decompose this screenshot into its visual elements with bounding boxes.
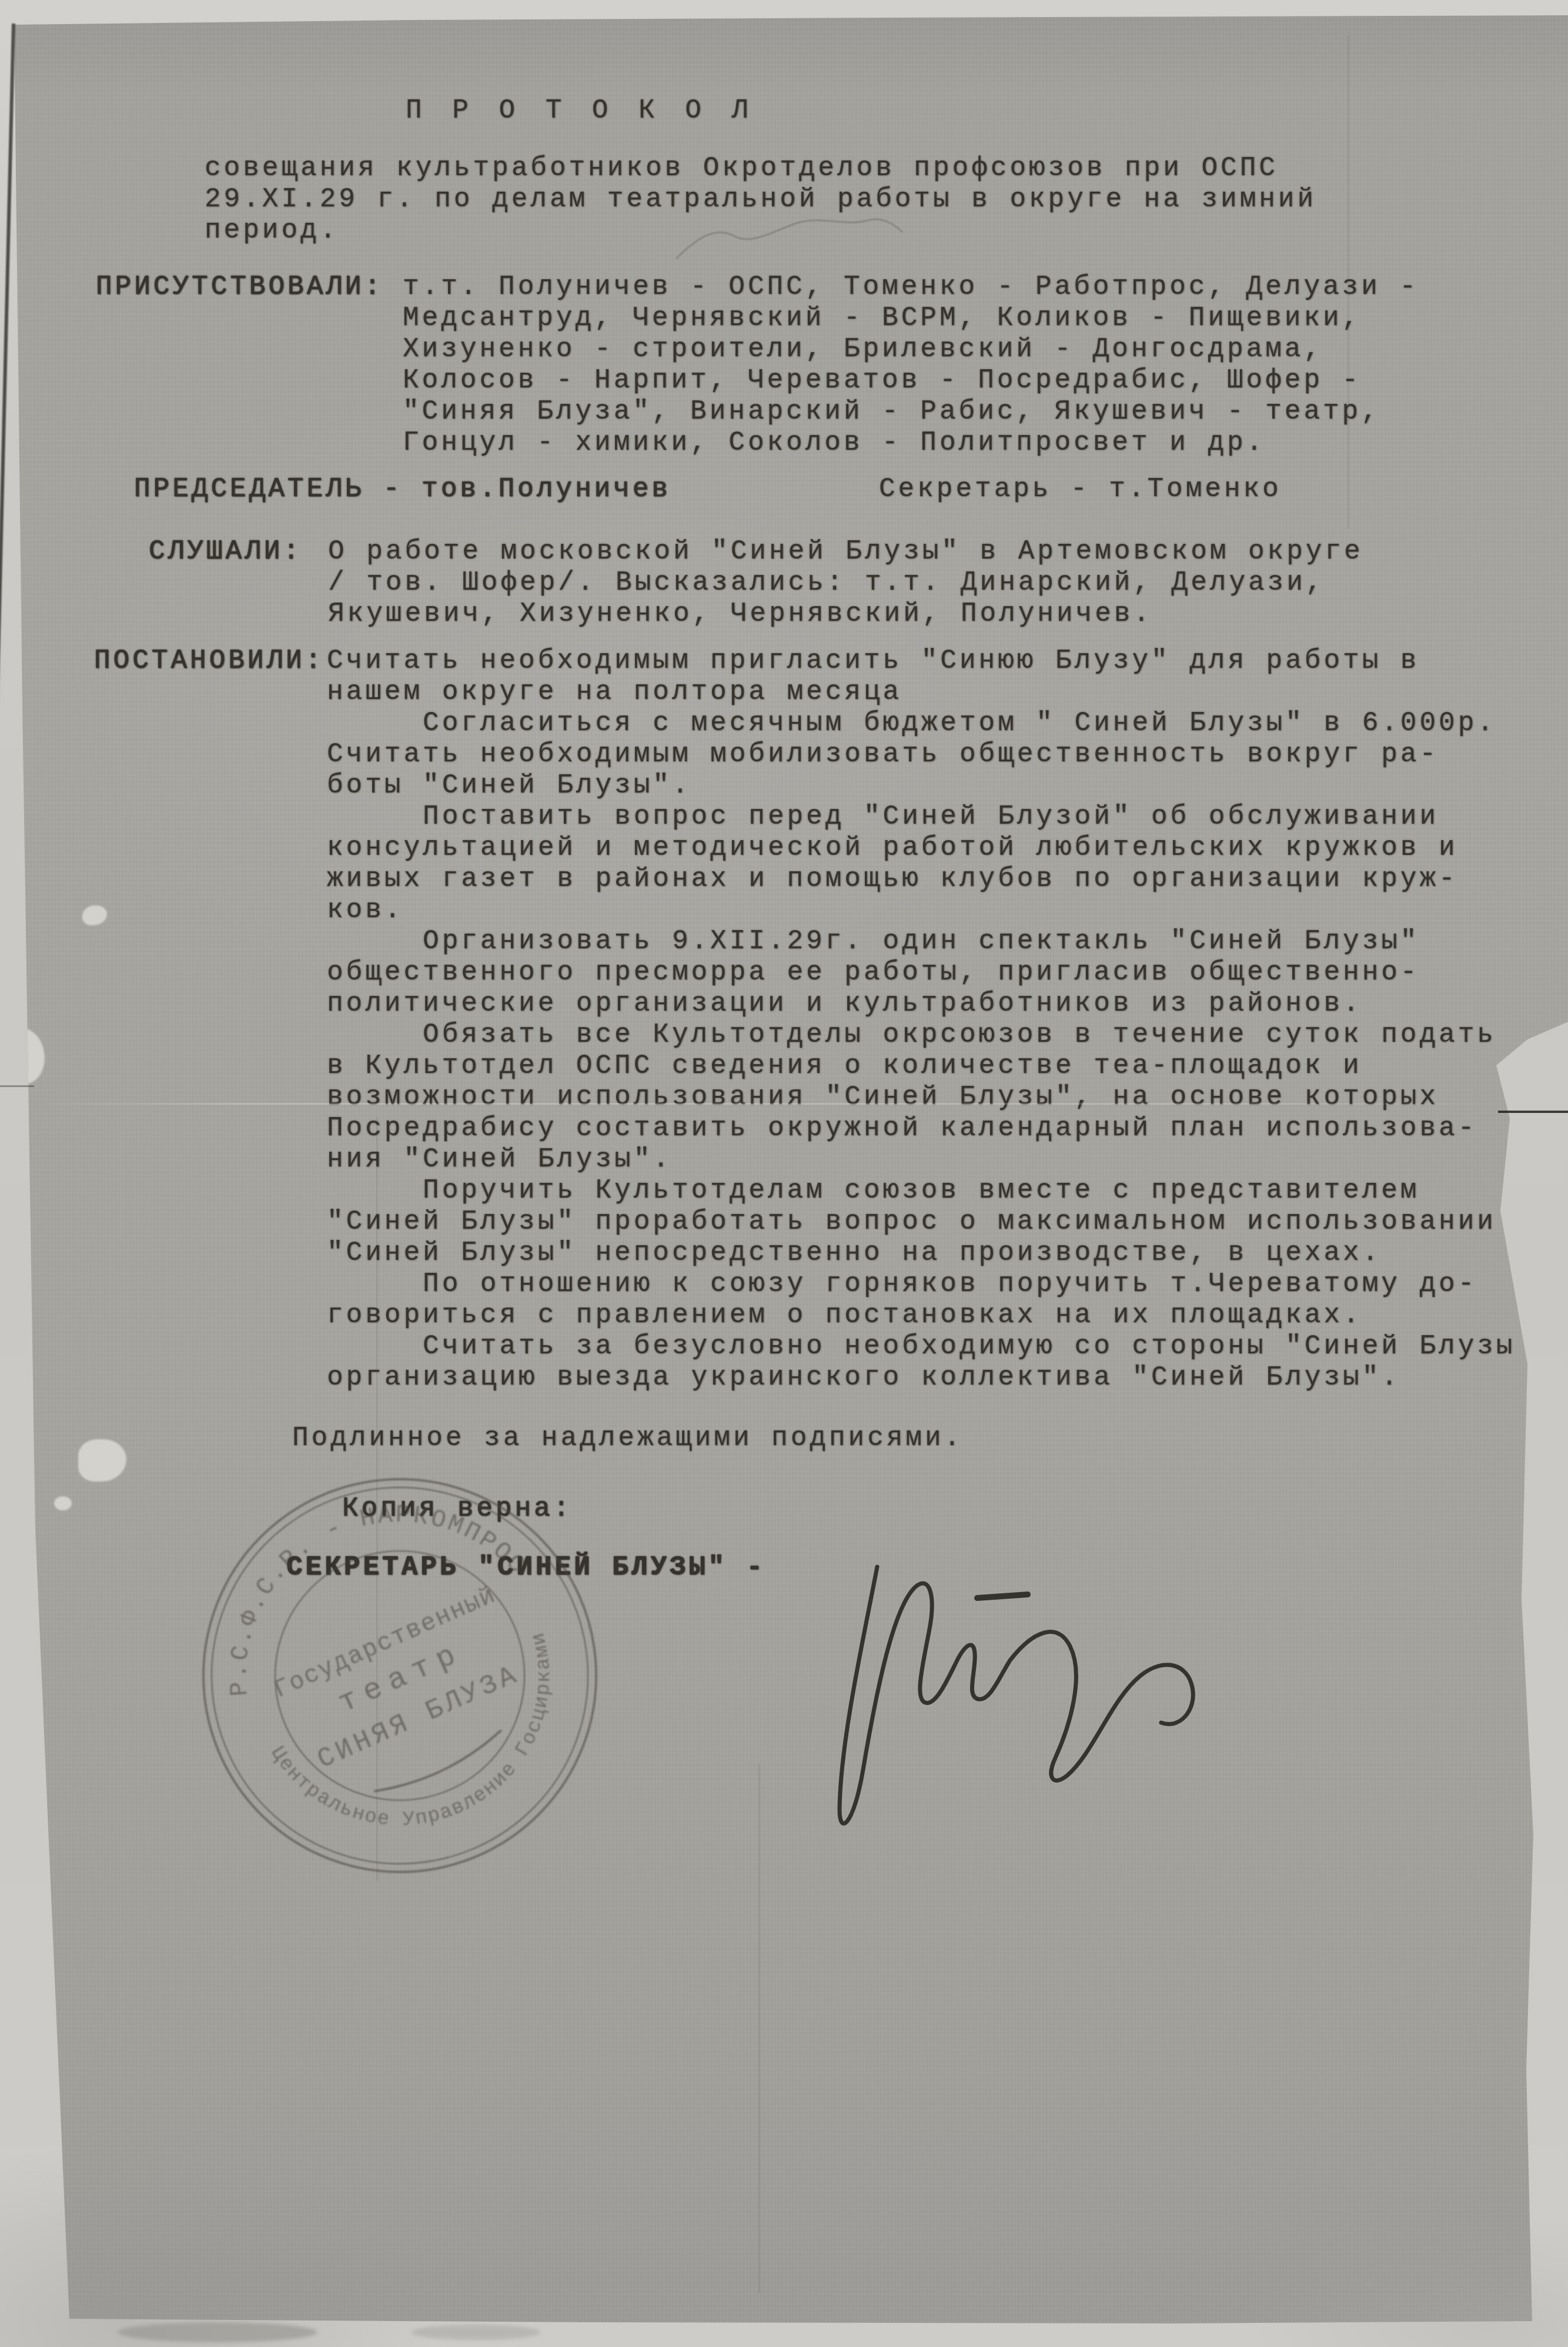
attendees-body: т.т. Полуничев - ОСПС, Томенко - Работпр… [403,272,1419,459]
sheet-left-edge-shadow [0,24,15,2321]
document-sheet: П Р О Т О К О Л совещания культработнико… [0,0,1568,2347]
paper-hole-spot [78,1439,126,1482]
heard-body: О работе московской "Синей Блузы" в Арте… [328,536,1363,630]
scanned-page: П Р О Т О К О Л совещания культработнико… [0,0,1568,2347]
document-title: П Р О Т О К О Л [406,95,755,126]
bottom-edge-smudge [412,2325,541,2340]
bottom-edge-smudge [118,2322,317,2342]
paper-edge-chip [0,1028,45,1084]
attendees-label: ПРИСУТСТВОВАЛИ: [96,272,383,303]
paper-hole-spot [54,1496,72,1510]
authentic-line: Подлинное за надлежащими подписями. [292,1423,963,1454]
paper-hole-spot [82,905,107,925]
resolved-label: ПОСТАНОВИЛИ: [94,646,324,677]
chairman-line: ПРЕДСЕДАТЕЛЬ - тов.Полуничев [134,474,671,505]
blue-blouse-theatre-stamp: Р.С.Ф.С.Р. - НАРКОМПРОС Центральное Упра… [128,1404,671,1947]
heard-label: СЛУШАЛИ: [149,536,302,567]
pencil-scribble [664,200,911,282]
vertical-crease [758,1764,760,2293]
fold-line-right-edge [1498,1111,1568,1113]
fold-line-left-edge [0,1085,34,1087]
vertical-crease [1348,35,1349,529]
secretary-line: Секретарь - т.Томенко [879,474,1282,505]
vertical-crease [376,1117,378,1881]
resolved-body: Считать необходимым пригласить "Синюю Бл… [327,646,1515,1393]
signature-handwriting [782,1505,1252,1870]
horizontal-fold-highlight [35,1103,1505,1105]
